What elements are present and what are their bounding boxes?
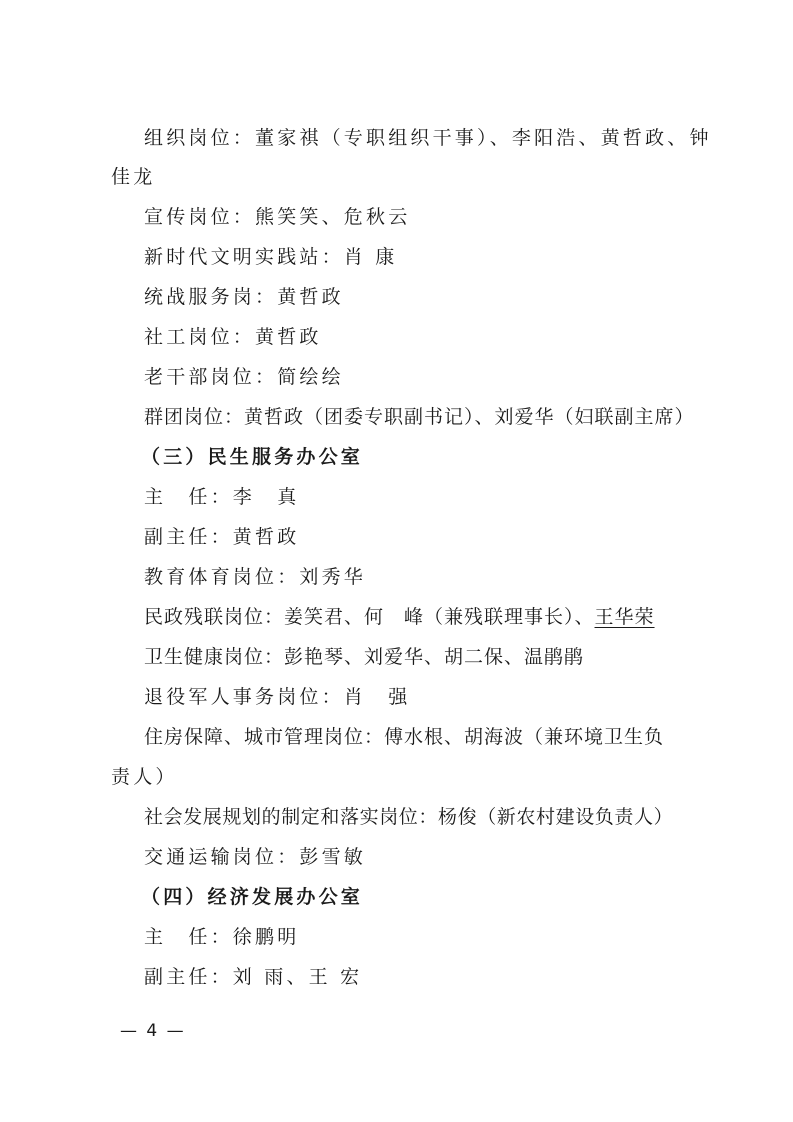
section-heading-livelihood-office: （三）民生服务办公室	[111, 445, 726, 469]
page-number: — 4 —	[120, 1021, 186, 1041]
paragraph-organization-posts: 组织岗位：董家祺（专职组织干事）、李阳浩、黄哲政、钟	[111, 126, 729, 150]
paragraph-education-sports: 教育体育岗位：刘秀华	[111, 565, 729, 589]
paragraph-publicity-posts: 宣传岗位：熊笑笑、危秋云	[111, 205, 729, 229]
document-page: 组织岗位：董家祺（专职组织干事）、李阳浩、黄哲政、钟 佳龙 宣传岗位：熊笑笑、危…	[0, 0, 793, 1122]
paragraph-social-work: 社工岗位：黄哲政	[111, 325, 729, 349]
paragraph-livelihood-deputy: 副主任：黄哲政	[111, 525, 729, 549]
paragraph-economic-director: 主 任：徐鹏明	[111, 925, 729, 949]
paragraph-housing-urban-wrap: 责人）	[111, 765, 696, 789]
paragraph-veteran-cadres: 老干部岗位：简绘绘	[111, 365, 729, 389]
paragraph-veterans-affairs: 退役军人事务岗位：肖 强	[111, 685, 729, 709]
section-heading-economic-office: （四）经济发展办公室	[111, 885, 726, 909]
paragraph-health: 卫生健康岗位：彭艳琴、刘爱华、胡二保、温鹃鹃	[111, 645, 729, 669]
underlined-name: 王华荣	[595, 606, 655, 628]
civil-affairs-text: 民政残联岗位：姜笑君、何 峰（兼残联理事长）、	[144, 606, 595, 628]
paragraph-organization-posts-wrap: 佳龙	[111, 165, 696, 189]
paragraph-civil-affairs: 民政残联岗位：姜笑君、何 峰（兼残联理事长）、王华荣	[111, 605, 729, 629]
paragraph-social-development: 社会发展规划的制定和落实岗位：杨俊（新农村建设负责人）	[111, 805, 729, 829]
paragraph-livelihood-director: 主 任：李 真	[111, 485, 729, 509]
paragraph-housing-urban: 住房保障、城市管理岗位：傅水根、胡海波（兼环境卫生负	[111, 725, 729, 749]
paragraph-economic-deputy: 副主任：刘 雨、王 宏	[111, 965, 729, 989]
paragraph-united-front: 统战服务岗：黄哲政	[111, 285, 729, 309]
paragraph-mass-organizations: 群团岗位：黄哲政（团委专职副书记）、刘爱华（妇联副主席）	[111, 405, 729, 429]
paragraph-transport: 交通运输岗位：彭雪敏	[111, 845, 729, 869]
paragraph-civilization-station: 新时代文明实践站：肖 康	[111, 245, 729, 269]
